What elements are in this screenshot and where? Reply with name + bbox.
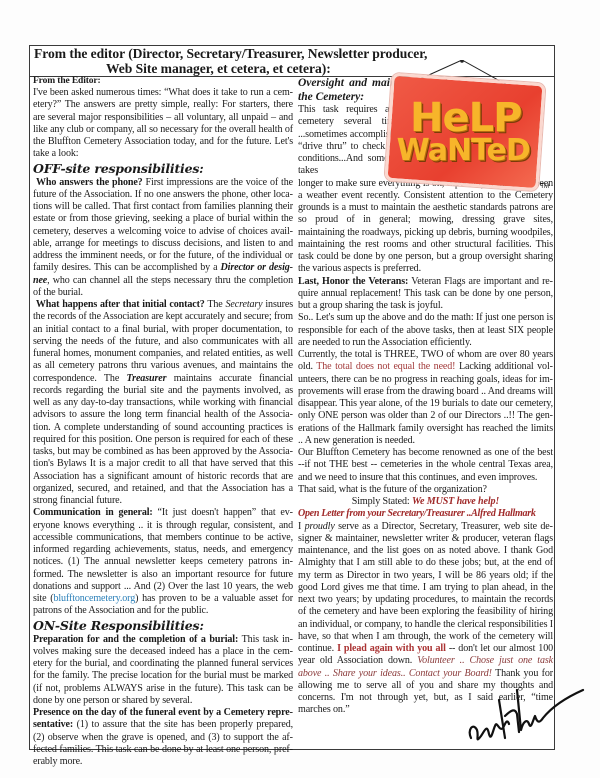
signature-icon (465, 660, 585, 750)
communication-paragraph: Communication in general: “It just doesn… (33, 507, 293, 617)
help-wanted-sign: HeLP WaNTeD TM (388, 60, 553, 190)
after-contact-paragraph: What happens after that initial contact?… (33, 299, 293, 507)
website-link[interactable]: blufftoncemetery.org (53, 593, 135, 604)
on-site-heading: ON-Site Responsibilities: (33, 619, 293, 633)
open-letter-heading: Open Letter from your Secretary/Treasure… (298, 508, 553, 520)
burial-prep-paragraph: Preparation for and the completion of a … (33, 634, 293, 708)
veterans-paragraph: Last, Honor the Veterans: Veteran Flags … (298, 276, 553, 313)
simply-stated: Simply Stated: We MUST have help! (298, 496, 553, 508)
title-line-1: From the editor (Director, Secretary/Tre… (34, 46, 427, 61)
off-site-heading: OFF-site responsibilities: (33, 162, 293, 176)
math-paragraph: So.. Let's sum up the above and do the m… (298, 312, 553, 349)
sign-word-wanted: WaNTeD (397, 136, 530, 166)
sign-board: HeLP WaNTeD (384, 73, 545, 191)
phone-paragraph: Who answers the phone? First impressions… (33, 177, 293, 300)
current-total-paragraph: Currently, the total is THREE, TWO of wh… (298, 349, 553, 447)
from-editor-label: From the Editor: (33, 76, 293, 87)
intro-paragraph: I've been asked numerous times: “What do… (33, 87, 293, 161)
left-column: From the Editor: I've been asked numerou… (33, 76, 293, 768)
future-question: That said, what is the future of the org… (298, 484, 553, 496)
funeral-presence-paragraph: Presence on the day of the funeral event… (33, 707, 293, 768)
oversight-paragraph: longer to make sure everything is ok, es… (298, 178, 553, 276)
renowned-paragraph: Our Bluffton Cemetery has become renowne… (298, 447, 553, 484)
trademark-mark: TM (540, 184, 549, 190)
